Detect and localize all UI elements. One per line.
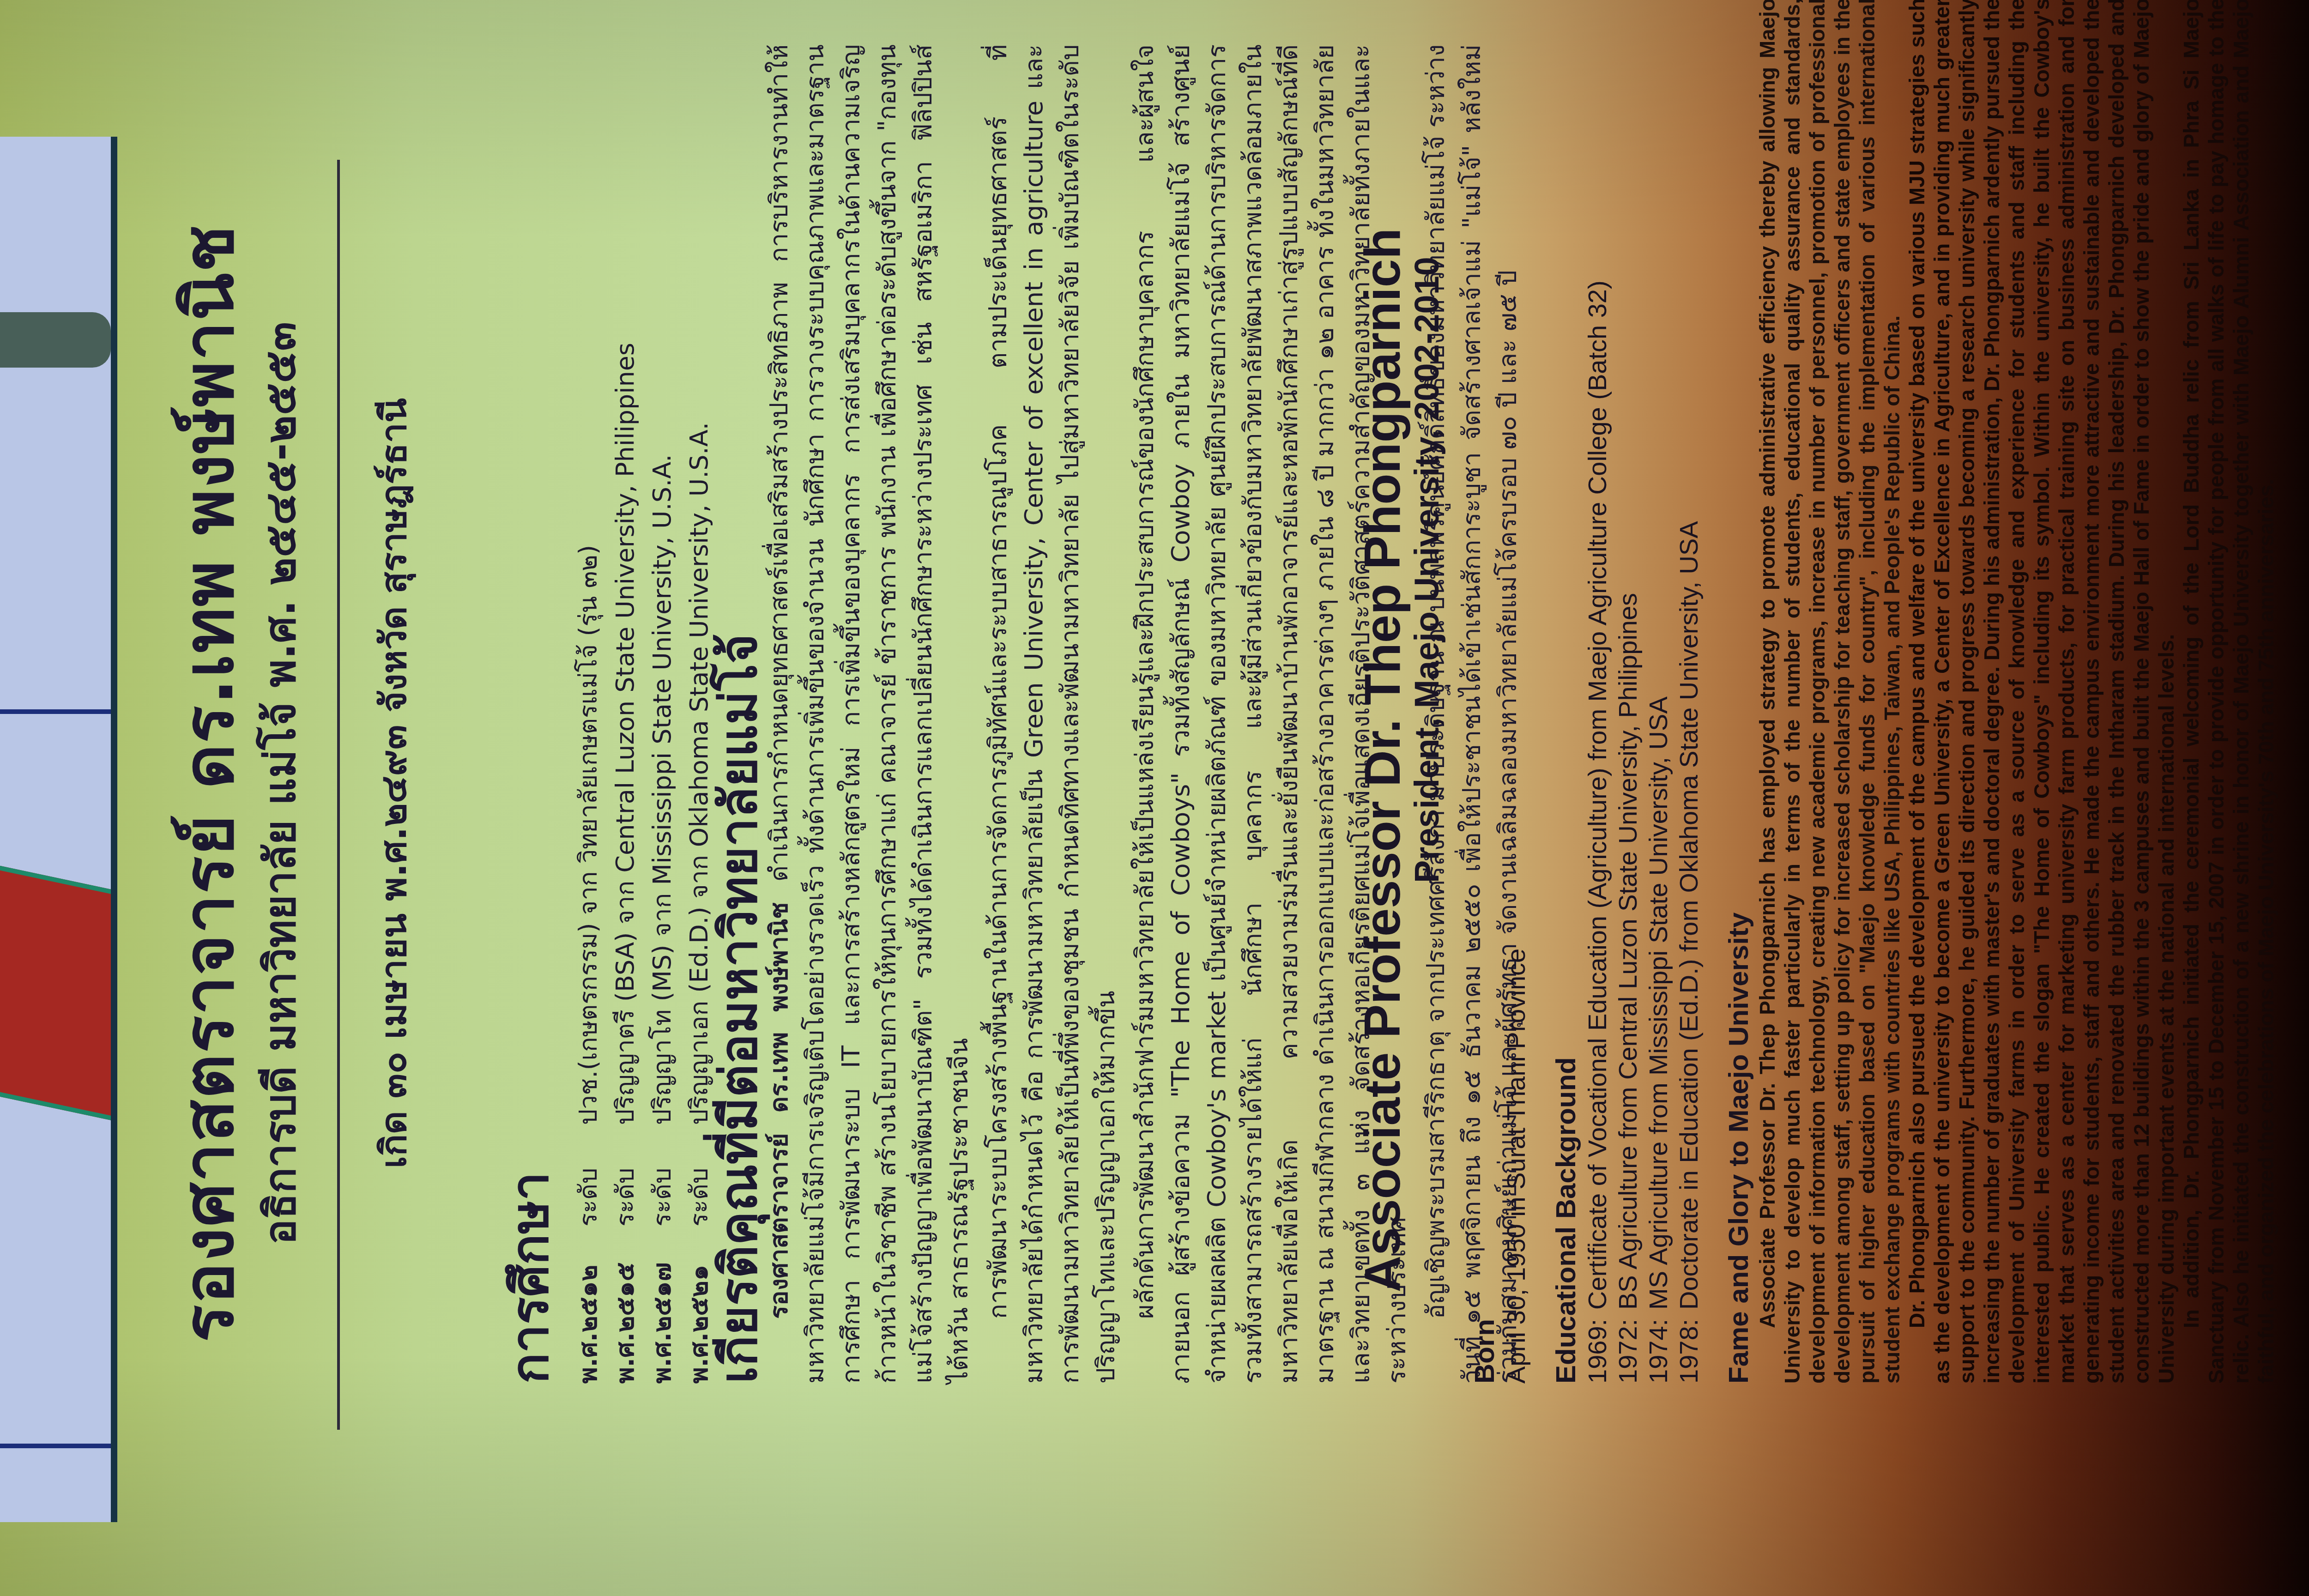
education-year: พ.ศ.๒๕๑๗ bbox=[644, 1227, 681, 1384]
english-position: President, Maejo University, 2002-2010 bbox=[1407, 91, 1446, 1430]
education-detail: BS Agriculture from Central Luzon State … bbox=[1613, 593, 1643, 1310]
education-year: พ.ศ.๒๕๑๕ bbox=[607, 1227, 644, 1384]
photo-stripe bbox=[0, 1444, 111, 1448]
thai-education-heading: การศึกษา bbox=[490, 91, 570, 1384]
header-divider bbox=[337, 160, 340, 1430]
fame-paragraph: In addition, Dr. Phongparnich initiated … bbox=[2179, 0, 2279, 1384]
english-education-heading: Educational Background bbox=[1550, 0, 1582, 1384]
education-level: ระดับ bbox=[607, 1125, 644, 1227]
photo-stripe bbox=[0, 709, 111, 714]
thai-education-section: การศึกษา พ.ศ.๒๕๑๒ระดับปวช.(เกษตรกรรม) จา… bbox=[490, 91, 718, 1384]
english-education-row: 1974:MS Agriculture from Mississippi Sta… bbox=[1643, 0, 1674, 1384]
fame-paragraph: Associate Professor Dr. Thep Phongparnic… bbox=[1755, 0, 1904, 1384]
education-detail: ปวช.(เกษตรกรรม) จาก วิทยาลัยเกษตรแม่โจ้ … bbox=[570, 545, 607, 1125]
english-education-row: 1972:BS Agriculture from Central Luzon S… bbox=[1613, 0, 1643, 1384]
photo-foliage bbox=[0, 312, 111, 368]
education-detail: ปริญญาโท (MS) จาก Mississippi State Univ… bbox=[644, 454, 681, 1125]
education-detail: MS Agriculture from Mississippi State Un… bbox=[1643, 696, 1674, 1310]
fame-body: Associate Professor Dr. Thep Phongparnic… bbox=[1755, 0, 2279, 1384]
education-detail: Doctorate in Education (Ed.D.) from Okla… bbox=[1674, 521, 1704, 1310]
thai-education-row: พ.ศ.๒๕๑๗ระดับปริญญาโท (MS) จาก Mississip… bbox=[644, 91, 681, 1384]
thai-education-row: พ.ศ.๒๕๑๒ระดับปวช.(เกษตรกรรม) จาก วิทยาลั… bbox=[570, 91, 607, 1384]
education-year: พ.ศ.๒๕๑๒ bbox=[570, 1227, 607, 1384]
education-year: 1974: bbox=[1643, 1310, 1674, 1384]
portrait-photo-edge bbox=[0, 137, 117, 1522]
education-year: 1972: bbox=[1613, 1310, 1643, 1384]
thai-header: รองศาสตราจารย์ ดร.เทพ พงษ์พานิช อธิการบด… bbox=[171, 137, 310, 1430]
fame-heading: Fame and Glory to Maejo University bbox=[1723, 0, 1755, 1384]
thai-honor-heading: เกียรติคุณที่มีต่อมหาวิทยาลัยแม่โจ้ bbox=[720, 44, 756, 1384]
english-education-list: 1969:Certificate of Vocational Education… bbox=[1582, 0, 1704, 1384]
education-level: ระดับ bbox=[644, 1125, 681, 1227]
thai-paragraph: รองศาสตราจารย์ ดร.เทพ พงษ์พานิช ดำเนินกา… bbox=[761, 44, 977, 1384]
english-name: Associate Professor Dr. Thep Phongparnic… bbox=[1353, 91, 1412, 1430]
english-education-row: 1978:Doctorate in Education (Ed.D.) from… bbox=[1674, 0, 1704, 1384]
english-header: Associate Professor Dr. Thep Phongparnic… bbox=[1353, 91, 1446, 1430]
thai-subtitle: อธิการบดี มหาวิทยาลัย แม่โจ้ พ.ศ. ๒๕๔๕-๒… bbox=[251, 137, 310, 1430]
photo-red-sash bbox=[0, 860, 117, 1122]
thai-title: รองศาสตราจารย์ ดร.เทพ พงษ์พานิช bbox=[171, 137, 247, 1430]
thai-education-row: พ.ศ.๒๕๑๕ระดับปริญญาตรี (BSA) จาก Central… bbox=[607, 91, 644, 1384]
education-detail: ปริญญาตรี (BSA) จาก Central Luzon State … bbox=[607, 343, 644, 1125]
education-year: 1978: bbox=[1674, 1310, 1704, 1384]
thai-education-list: พ.ศ.๒๕๑๒ระดับปวช.(เกษตรกรรม) จาก วิทยาลั… bbox=[570, 91, 718, 1384]
thai-honor-name: รองศาสตราจารย์ ดร.เทพ พงษ์พานิช bbox=[764, 882, 793, 1319]
fame-paragraph: Dr. Phongparnich also pursued the develo… bbox=[1904, 0, 2179, 1384]
biography-plaque: รองศาสตราจารย์ ดร.เทพ พงษ์พานิช อธิการบด… bbox=[0, 0, 2198, 1596]
thai-born: เกิด ๓๐ เมษายน พ.ศ.๒๔๙๓ จังหวัด สุราษฎร์… bbox=[365, 137, 422, 1430]
english-body: Born April 30, 1950 in Surat Thani Provi… bbox=[1469, 0, 2279, 1384]
thai-paragraph: การพัฒนาระบบโครงสร้างพื้นฐานในด้านการจัด… bbox=[980, 44, 1124, 1384]
education-level: ระดับ bbox=[570, 1125, 607, 1227]
born-heading: Born bbox=[1469, 0, 1501, 1384]
education-detail: Certificate of Vocational Education (Agr… bbox=[1582, 280, 1613, 1310]
born-text: April 30, 1950 in Surat Thani Province bbox=[1501, 0, 1531, 1384]
education-year: 1969: bbox=[1582, 1310, 1613, 1384]
english-education-row: 1969:Certificate of Vocational Education… bbox=[1582, 0, 1613, 1384]
